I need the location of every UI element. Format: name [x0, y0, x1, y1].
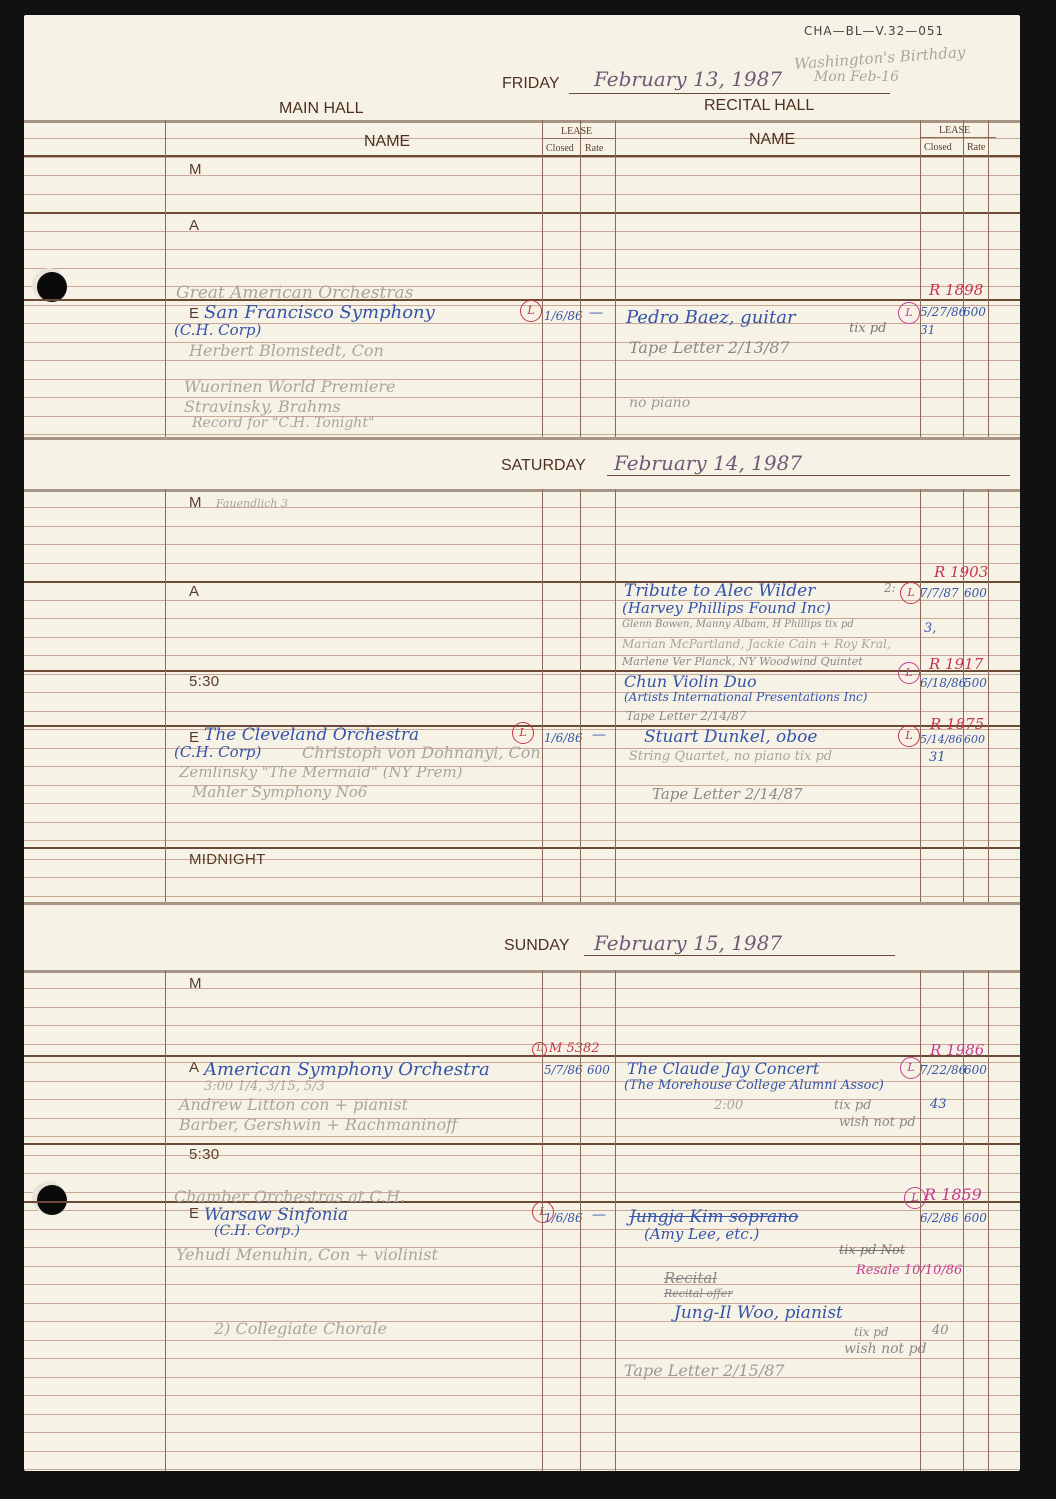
column-rule — [963, 120, 964, 437]
friday-recital-rate: 600 — [963, 305, 986, 319]
sunday-recital-a-ref: R 1986 — [930, 1041, 984, 1059]
recital-lease-header: LEASE — [939, 125, 970, 136]
saturday-m-note: Fauendlich 3 — [216, 497, 288, 510]
sunday-main-a-name[interactable]: American Symphony Orchestra — [204, 1059, 490, 1080]
ruled-line — [24, 1414, 1020, 1415]
sunday-recital-e-note: Tape Letter 2/15/87 — [624, 1361, 785, 1380]
ruled-line — [24, 1303, 1020, 1304]
slot-m: M — [189, 975, 202, 992]
sunday-recital-e-struck: Recital offer — [664, 1287, 733, 1300]
recital-name-header: NAME — [749, 131, 795, 149]
saturday-recital-a-closed: 7/7/87 — [920, 586, 959, 600]
ruled-line — [24, 896, 1020, 897]
saturday-recital-a-note: Glenn Bowen, Manny Albam, H Phillips tix… — [622, 619, 854, 630]
ruled-line — [24, 1136, 1020, 1137]
column-rule — [920, 120, 921, 437]
ruled-line — [24, 822, 1020, 823]
ruled-line — [24, 803, 1020, 804]
column-rule — [963, 970, 964, 1471]
sunday-main-e-note: 2) Collegiate Chorale — [214, 1319, 387, 1338]
saturday-recital-a-extra: 3, — [924, 621, 936, 636]
sunday-recital-e-name[interactable]: Jungja Kim soprano — [629, 1207, 798, 1227]
friday-recital-closed: 5/27/86 — [920, 305, 966, 319]
binder-hole-bottom — [37, 1185, 67, 1215]
sunday-main-above: Chamber Orchestras at C.H. — [174, 1187, 405, 1206]
ruled-line — [24, 618, 1020, 619]
slot-a: A — [189, 583, 199, 600]
sunday-main-e-org: (C.H. Corp.) — [214, 1223, 300, 1239]
sunday-recital-a-note: tix pd — [834, 1098, 872, 1113]
saturday-main-rate: — — [592, 727, 606, 743]
column-rule — [988, 489, 989, 902]
slot-e: E — [189, 1205, 199, 1222]
saturday-main-note: Zemlinsky "The Mermaid" (NY Prem) — [179, 763, 463, 781]
lease-mark-icon: L — [898, 725, 920, 747]
sunday-recital-a-rate: 600 — [964, 1063, 987, 1077]
ruled-line — [24, 231, 1020, 232]
slot-m: M — [189, 494, 202, 511]
friday-main-closed: 1/6/86 — [544, 309, 583, 323]
sunday-recital-e-replacement[interactable]: Jung-Il Woo, pianist — [674, 1303, 843, 1323]
friday-main-above: Great American Orchestras — [176, 283, 413, 303]
friday-recital-name[interactable]: Pedro Baez, guitar — [626, 307, 796, 328]
friday-recital-ref: R 1898 — [929, 281, 983, 299]
saturday-recital-530-ref: R 1917 — [929, 655, 983, 673]
sunday-main-a-note: Barber, Gershwin + Rachmaninoff — [179, 1115, 457, 1134]
sunday-main-a-note: Andrew Litton con + pianist — [179, 1095, 408, 1114]
saturday-main-org: (C.H. Corp) — [174, 743, 261, 761]
ruled-line — [24, 1025, 1020, 1026]
sunday-main-e-note: Yehudi Menuhin, Con + violinist — [176, 1245, 438, 1264]
ruled-line — [24, 434, 1020, 435]
sunday-main-a-note: 3:00 1/4, 3/15, 5/3 — [204, 1079, 325, 1094]
friday-main-note: Stravinsky, Brahms — [184, 397, 341, 416]
holiday-note-date: Mon Feb-16 — [814, 69, 899, 85]
lease-mark-icon: L — [512, 722, 534, 744]
recital-rate-header: Rate — [967, 142, 985, 153]
column-rule — [542, 970, 543, 1471]
friday-recital-extra: 31 — [920, 323, 935, 337]
ruled-line — [24, 766, 1020, 767]
slot-530: 5:30 — [189, 1146, 219, 1163]
lease-mark-icon: L — [898, 302, 920, 324]
ruled-line — [24, 379, 1020, 380]
column-rule — [920, 970, 921, 1471]
friday-main-note: Record for "C.H. Tonight" — [192, 415, 374, 431]
saturday-main-note: Mahler Symphony No6 — [192, 783, 367, 801]
ruled-line — [24, 1451, 1020, 1452]
saturday-recital-530-name[interactable]: Chun Violin Duo — [624, 672, 757, 691]
ruled-line — [24, 342, 1020, 343]
column-rule — [988, 970, 989, 1471]
lease-mark-icon: L — [532, 1042, 547, 1057]
saturday-recital-530-org: (Artists International Presentations Inc… — [624, 690, 867, 704]
sunday-recital-a-org: (The Morehouse College Alumni Assoc) — [624, 1078, 884, 1093]
ruled-line — [24, 1284, 1020, 1285]
sunday-main-a-ref: M 5382 — [549, 1041, 600, 1056]
friday-main-note: Herbert Blomstedt, Con — [189, 341, 384, 360]
ruled-line — [24, 194, 1020, 195]
ruled-line — [24, 988, 1020, 989]
friday-main-rate: — — [589, 305, 603, 321]
sunday-recital-e-closed: 6/2/86 — [920, 1211, 959, 1225]
sunday-main-a-rate: 600 — [587, 1063, 610, 1077]
day-label-sunday: SUNDAY — [504, 937, 570, 955]
lease-mark-icon: L — [900, 1057, 922, 1079]
ruled-line — [24, 859, 1020, 860]
main-name-header: NAME — [364, 133, 410, 151]
ruled-line — [24, 840, 1020, 841]
recital-hall-heading: RECITAL HALL — [704, 97, 814, 115]
ruled-line — [24, 138, 1020, 139]
friday-recital-note: tix pd — [849, 321, 887, 336]
saturday-main-closed: 1/6/86 — [544, 731, 583, 745]
date-friday: February 13, 1987 — [594, 67, 782, 91]
ruled-line — [24, 526, 1020, 527]
sunday-recital-a-extra: 43 — [930, 1097, 947, 1112]
ruled-line — [24, 1007, 1020, 1008]
column-rule — [580, 970, 581, 1471]
ruled-line — [24, 1377, 1020, 1378]
lease-mark-icon: L — [898, 662, 920, 684]
ruled-line — [24, 1358, 1020, 1359]
ruled-line — [24, 877, 1020, 878]
sunday-main-e-closed: 1/6/86 — [544, 1211, 583, 1225]
ruled-line — [24, 416, 1020, 417]
saturday-recital-a-rate: 600 — [964, 586, 987, 600]
ledger-page: CHA—BL—V.32—051 Washington's Birthday Mo… — [24, 15, 1020, 1471]
slot-m: M — [189, 161, 202, 178]
saturday-main-name[interactable]: The Cleveland Orchestra — [204, 725, 419, 745]
saturday-recital-a-org: (Harvey Phillips Found Inc) — [622, 599, 831, 617]
ruled-line — [24, 286, 1020, 287]
sunday-recital-a-note: wish not pd — [839, 1115, 916, 1130]
column-rule — [615, 970, 616, 1471]
column-rule — [165, 489, 166, 902]
column-rule — [580, 120, 581, 437]
day-label-friday: FRIDAY — [502, 75, 559, 93]
ruled-line — [24, 397, 1020, 398]
sunday-recital-e-struck: tix pd Not — [839, 1243, 905, 1258]
saturday-recital-a-note: Marlene Ver Planck, NY Woodwind Quintet — [622, 655, 863, 668]
ruled-line — [24, 507, 1020, 508]
saturday-recital-530-note: Tape Letter 2/14/87 — [626, 709, 746, 723]
ruled-line — [24, 1395, 1020, 1396]
ruled-line — [24, 1044, 1020, 1045]
saturday-recital-e-ref: R 1875 — [930, 715, 984, 733]
ruled-line — [24, 1229, 1020, 1230]
sunday-main-e-name[interactable]: Warsaw Sinfonia — [204, 1205, 348, 1225]
archive-id: CHA—BL—V.32—051 — [804, 24, 944, 38]
sunday-main-a-closed: 5/7/86 — [544, 1063, 583, 1077]
ruled-line — [24, 268, 1020, 269]
ruled-line — [24, 563, 1020, 564]
slot-a: A — [189, 217, 199, 234]
friday-main-name[interactable]: San Francisco Symphony — [204, 302, 435, 323]
ruled-line — [24, 1469, 1020, 1470]
saturday-recital-530-closed: 6/18/86 — [920, 676, 966, 690]
sunday-main-e-rate: — — [592, 1207, 606, 1223]
saturday-recital-a-ref: R 1903 — [934, 563, 988, 581]
lease-mark-icon: L — [900, 582, 922, 604]
column-rule — [542, 489, 543, 902]
ruled-line — [24, 544, 1020, 545]
saturday-recital-e-name[interactable]: Stuart Dunkel, oboe — [644, 727, 817, 747]
sunday-recital-e-rate: 600 — [964, 1211, 987, 1225]
ruled-line — [24, 175, 1020, 176]
date-sunday: February 15, 1987 — [594, 931, 782, 955]
ruled-line — [24, 655, 1020, 656]
column-rule — [988, 120, 989, 437]
lease-mark-icon: L — [904, 1187, 926, 1209]
sunday-recital-e-note: wish not pd — [844, 1341, 927, 1357]
ruled-line — [24, 360, 1020, 361]
sunday-recital-a-closed: 7/22/86 — [920, 1063, 966, 1077]
ruled-line — [24, 157, 1020, 158]
lease-mark-icon: L — [520, 300, 542, 322]
day-label-saturday: SATURDAY — [501, 457, 586, 475]
ruled-line — [24, 674, 1020, 675]
sunday-recital-e-ref: R 1859 — [924, 1185, 982, 1204]
main-closed-header: Closed — [546, 143, 574, 154]
friday-main-note: Wuorinen World Premiere — [184, 377, 396, 396]
ruled-line — [24, 692, 1020, 693]
sunday-recital-e-struck: Recital — [664, 1269, 717, 1287]
ruled-line — [24, 600, 1020, 601]
sunday-recital-a-note: 2:00 — [714, 1098, 743, 1113]
main-hall-heading: MAIN HALL — [279, 100, 363, 118]
date-underline — [569, 93, 890, 94]
saturday-recital-e-note: Tape Letter 2/14/87 — [652, 785, 803, 803]
ruled-line — [24, 1321, 1020, 1322]
slot-midnight: MIDNIGHT — [189, 851, 266, 868]
binder-hole-top — [37, 272, 67, 302]
column-rule — [615, 120, 616, 437]
saturday-recital-e-closed: 5/14/86 — [920, 733, 962, 746]
ruled-line — [24, 1062, 1020, 1063]
ruled-line — [24, 1155, 1020, 1156]
column-rule — [580, 489, 581, 902]
sunday-recital-e-extra: 40 — [932, 1323, 949, 1338]
main-rate-header: Rate — [585, 143, 603, 154]
column-rule — [920, 489, 921, 902]
ruled-line — [24, 1173, 1020, 1174]
saturday-recital-e-extra: 31 — [929, 750, 946, 765]
ruled-line — [24, 785, 1020, 786]
saturday-main-note: Christoph von Dohnanyi, Con — [302, 743, 541, 762]
slot-e: E — [189, 305, 199, 322]
ruled-line — [24, 249, 1020, 250]
saturday-recital-a-time: 2: — [884, 581, 896, 595]
column-rule — [165, 120, 166, 437]
saturday-recital-a-note: Marian McPartland, Jackie Cain + Roy Kra… — [622, 637, 891, 651]
column-rule — [615, 489, 616, 902]
date-saturday: February 14, 1987 — [614, 451, 802, 475]
column-rule — [542, 120, 543, 437]
ruled-line — [24, 1432, 1020, 1433]
friday-recital-note: no piano — [629, 395, 690, 411]
saturday-recital-e-note: String Quartet, no piano tix pd — [629, 749, 832, 764]
ruled-line — [24, 1210, 1020, 1211]
ruled-line — [24, 711, 1020, 712]
friday-main-org: (C.H. Corp) — [174, 321, 261, 339]
saturday-recital-e-rate: 600 — [964, 733, 985, 746]
sunday-recital-e-note: tix pd — [854, 1325, 889, 1339]
main-lease-header: LEASE — [561, 126, 592, 137]
column-rule — [963, 489, 964, 902]
sunday-recital-a-name[interactable]: The Claude Jay Concert — [627, 1059, 819, 1078]
column-rule — [165, 970, 166, 1471]
friday-recital-note: Tape Letter 2/13/87 — [629, 338, 790, 357]
saturday-recital-a-name[interactable]: Tribute to Alec Wilder — [624, 581, 815, 601]
slot-a: A — [189, 1059, 199, 1076]
saturday-recital-530-rate: 500 — [964, 676, 987, 690]
sunday-recital-e-resale: Resale 10/10/86 — [856, 1263, 962, 1278]
slot-530: 5:30 — [189, 673, 219, 690]
table-top-rule — [24, 120, 1020, 123]
recital-closed-header: Closed — [924, 142, 952, 153]
sunday-recital-e-org: (Amy Lee, etc.) — [644, 1225, 759, 1243]
